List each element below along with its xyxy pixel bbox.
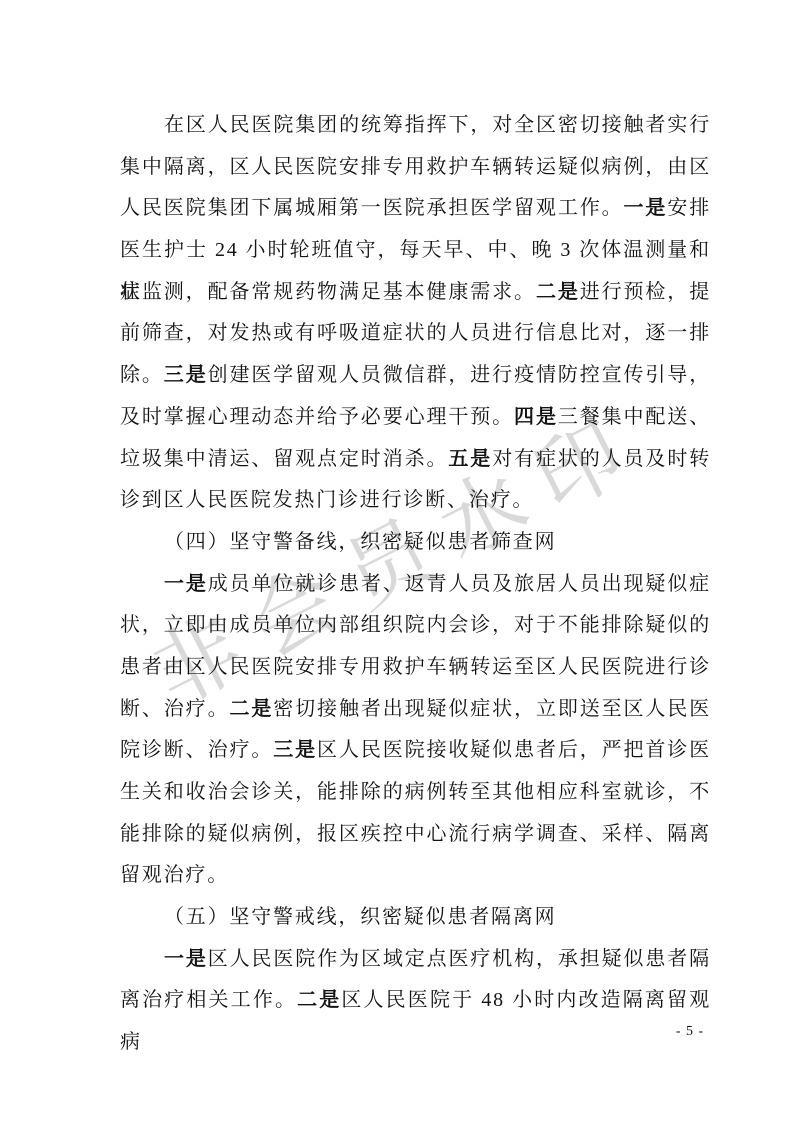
text-line: 院诊断、治疗。三是区人民医院接收疑似患者后，严把首诊医 xyxy=(120,730,711,772)
bold-run: 四是 xyxy=(514,406,558,428)
text-run: 人民医院集团下属城厢第一医院承担医学留观工作。 xyxy=(120,197,624,219)
text-run: 断、治疗。 xyxy=(120,698,229,720)
text-run: 状，立即由成员单位内部组织院内会诊，对于不能排除疑似的 xyxy=(120,614,711,636)
text-run: 能排除的疑似病例，报区疾控中心流行病学调查、采样、隔离 xyxy=(120,823,711,845)
text-run: 及时掌握心理动态并给予必要心理干预。 xyxy=(120,406,514,428)
bold-run: 二是 xyxy=(536,281,580,303)
text-run: 安排 xyxy=(667,197,711,219)
text-run: 患者由区人民医院安排专用救护车辆转运至区人民医院进行诊 xyxy=(120,656,711,678)
text-line: 一是成员单位就诊患者、返青人员及旅居人员出现疑似症 xyxy=(120,564,711,606)
text-run: 创建医学留观人员微信群，进行疫情防控宣传引导， xyxy=(208,364,711,386)
text-run: 留观治疗。 xyxy=(120,864,229,886)
text-line: 断、治疗。二是密切接触者出现疑似症状，立即送至区人民医 xyxy=(120,689,711,731)
bold-run: 一是 xyxy=(624,197,668,219)
text-block: 在区人民医院集团的统筹指挥下，对全区密切接触者实行集中隔离，区人民医院安排专用救… xyxy=(120,105,711,1022)
text-line: 及时掌握心理动态并给予必要心理干预。四是三餐集中配送、 xyxy=(120,397,711,439)
text-line: 除。三是创建医学留观人员微信群，进行疫情防控宣传引导， xyxy=(120,355,711,397)
page-number: - 5 - xyxy=(640,1024,740,1040)
text-run: 垃圾集中清运、留观点定时消杀。 xyxy=(120,448,448,470)
document-page: 非会员水印 在区人民医院集团的统筹指挥下，对全区密切接触者实行集中隔离，区人民医… xyxy=(0,0,793,1122)
text-run: 对有症状的人员及时转 xyxy=(492,448,711,470)
text-run: 区人民医院接收疑似患者后，严把首诊医 xyxy=(317,739,711,761)
text-run: 除。 xyxy=(120,364,164,386)
text-run: 状监测，配备常规药物满足基本健康需求。 xyxy=(120,281,536,303)
text-line: （五）坚守警戒线，织密疑似患者隔离网 xyxy=(120,897,711,939)
bold-run: 三是 xyxy=(273,739,317,761)
text-line: 人民医院集团下属城厢第一医院承担医学留观工作。一是安排 xyxy=(120,188,711,230)
text-run: 在区人民医院集团的统筹指挥下，对全区密切接触者实行 xyxy=(164,114,711,136)
bold-run: 一是 xyxy=(164,948,208,970)
bold-run: 三是 xyxy=(164,364,208,386)
text-line: 留观治疗。 xyxy=(120,855,711,897)
text-run: 集中隔离，区人民医院安排专用救护车辆转运疑似病例，由区 xyxy=(120,156,711,178)
text-line: 诊到区人民医院发热门诊进行诊断、治疗。 xyxy=(120,480,711,522)
text-line: 垃圾集中清运、留观点定时消杀。五是对有症状的人员及时转 xyxy=(120,439,711,481)
text-line: 离治疗相关工作。二是区人民医院于 48 小时内改造隔离留观病 xyxy=(120,980,711,1022)
text-run: （五）坚守警戒线，织密疑似患者隔离网 xyxy=(164,906,556,928)
text-line: 状监测，配备常规药物满足基本健康需求。二是进行预检，提 xyxy=(120,272,711,314)
text-line: （四）坚守警备线，织密疑似患者筛查网 xyxy=(120,522,711,564)
text-line: 能排除的疑似病例，报区疾控中心流行病学调查、采样、隔离 xyxy=(120,814,711,856)
text-line: 集中隔离，区人民医院安排专用救护车辆转运疑似病例，由区 xyxy=(120,147,711,189)
text-line: 状，立即由成员单位内部组织院内会诊，对于不能排除疑似的 xyxy=(120,605,711,647)
bold-run: 一是 xyxy=(164,573,208,595)
text-run: 院诊断、治疗。 xyxy=(120,739,273,761)
text-line: 前筛查，对发热或有呼吸道症状的人员进行信息比对，逐一排 xyxy=(120,313,711,355)
text-run: 诊到区人民医院发热门诊进行诊断、治疗。 xyxy=(120,489,534,511)
text-run: 区人民医院作为区域定点医疗机构，承担疑似患者隔 xyxy=(208,948,711,970)
bold-run: 二是 xyxy=(229,698,273,720)
text-line: 一是区人民医院作为区域定点医疗机构，承担疑似患者隔 xyxy=(120,939,711,981)
text-run: 进行预检，提 xyxy=(580,281,711,303)
text-line: 生关和收治会诊关，能排除的病例转至其他相应科室就诊，不 xyxy=(120,772,711,814)
bold-run: 五是 xyxy=(448,448,492,470)
text-run: 前筛查，对发热或有呼吸道症状的人员进行信息比对，逐一排 xyxy=(120,322,711,344)
text-line: 患者由区人民医院安排专用救护车辆转运至区人民医院进行诊 xyxy=(120,647,711,689)
text-run: 成员单位就诊患者、返青人员及旅居人员出现疑似症 xyxy=(208,573,711,595)
text-run: （四）坚守警备线，织密疑似患者筛查网 xyxy=(164,531,556,553)
bold-run: 二是 xyxy=(297,989,341,1011)
text-run: 离治疗相关工作。 xyxy=(120,989,297,1011)
text-run: 密切接触者出现疑似症状，立即送至区人民医 xyxy=(273,698,711,720)
text-line: 医生护士 24 小时轮班值守，每天早、中、晚 3 次体温测量和症 xyxy=(120,230,711,272)
text-run: 三餐集中配送、 xyxy=(558,406,711,428)
text-line: 在区人民医院集团的统筹指挥下，对全区密切接触者实行 xyxy=(120,105,711,147)
text-run: 生关和收治会诊关，能排除的病例转至其他相应科室就诊，不 xyxy=(120,781,711,803)
